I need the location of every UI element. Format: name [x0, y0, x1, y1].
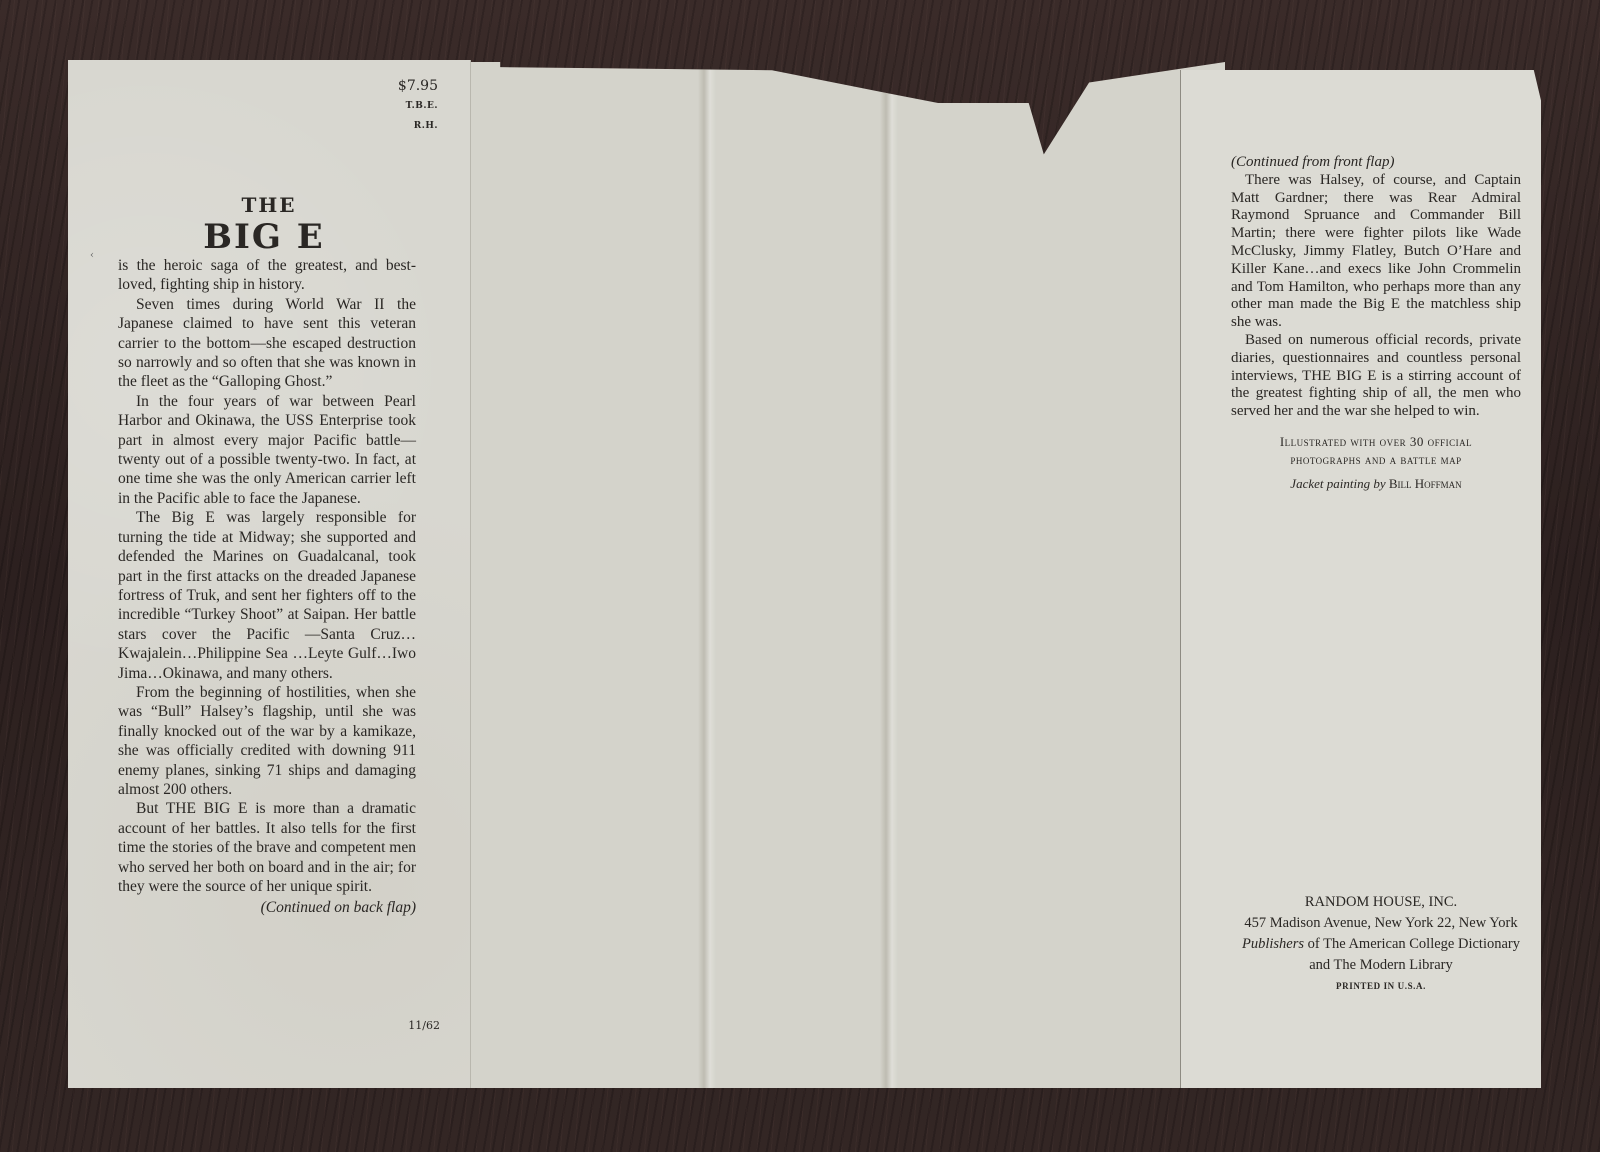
title-the: THE: [68, 193, 470, 217]
back-flap-blurb: (Continued from front flap) There was Ha…: [1231, 154, 1521, 493]
book-title: THE BIG E: [68, 193, 470, 255]
publisher-line-text: of The American College Dictionary: [1308, 936, 1520, 952]
illustrations-line: Illustrated with over 30 official: [1231, 433, 1521, 451]
continued-note: (Continued on back flap): [118, 898, 416, 917]
publisher-prefix: Publishers: [1242, 936, 1304, 952]
publisher-line: Publishers of The American College Dicti…: [1221, 934, 1541, 955]
publisher-name: RANDOM HOUSE, INC.: [1221, 892, 1541, 913]
blurb-paragraph: Seven times during World War II the Japa…: [118, 295, 416, 392]
spine-crease-right: [880, 62, 898, 1088]
dust-jacket: ‹ $7.95 T.B.E. R.H. THE BIG E is the her…: [50, 60, 1540, 1090]
blurb-paragraph: The Big E was largely responsible for tu…: [118, 508, 416, 683]
publisher-address: 457 Madison Avenue, New York 22, New Yor…: [1221, 913, 1541, 934]
publisher-block: RANDOM HOUSE, INC. 457 Madison Avenue, N…: [1221, 892, 1541, 997]
continued-note: (Continued from front flap): [1231, 154, 1521, 172]
blurb-paragraph: From the beginning of hostilities, when …: [118, 683, 416, 799]
code-label: R.H.: [398, 116, 438, 136]
blurb-paragraph: But THE BIG E is more than a dramatic ac…: [118, 799, 416, 896]
blurb-paragraph: There was Halsey, of course, and Captain…: [1231, 172, 1521, 332]
back-flap: (Continued from front flap) There was Ha…: [1180, 70, 1541, 1088]
code-label: T.B.E.: [398, 96, 438, 116]
jacket-credit: Jacket painting by Bill Hoffman: [1231, 475, 1521, 493]
credit-prefix: Jacket painting by: [1290, 476, 1385, 491]
front-flap-blurb: is the heroic saga of the greatest, and …: [118, 256, 416, 918]
price-block: $7.95 T.B.E. R.H.: [398, 76, 438, 136]
printed-in-label: PRINTED IN U.S.A.: [1221, 976, 1541, 997]
credit-name: Bill Hoffman: [1389, 476, 1462, 491]
jacket-back-and-spine: [470, 62, 1225, 1088]
publisher-line2: and The Modern Library: [1221, 955, 1541, 976]
date-code: 11/62: [408, 1019, 440, 1032]
spine-crease-left: [698, 62, 716, 1088]
illustrations-line: photographs and a battle map: [1231, 451, 1521, 469]
price-label: $7.95: [398, 76, 438, 96]
blurb-paragraph: Based on numerous official records, priv…: [1231, 332, 1521, 421]
blurb-paragraph: In the four years of war between Pearl H…: [118, 392, 416, 508]
front-flap: ‹ $7.95 T.B.E. R.H. THE BIG E is the her…: [68, 60, 470, 1088]
illustrations-note: Illustrated with over 30 official photog…: [1231, 433, 1521, 469]
title-big-e: BIG E: [58, 219, 470, 255]
blurb-paragraph: is the heroic saga of the greatest, and …: [118, 256, 416, 295]
